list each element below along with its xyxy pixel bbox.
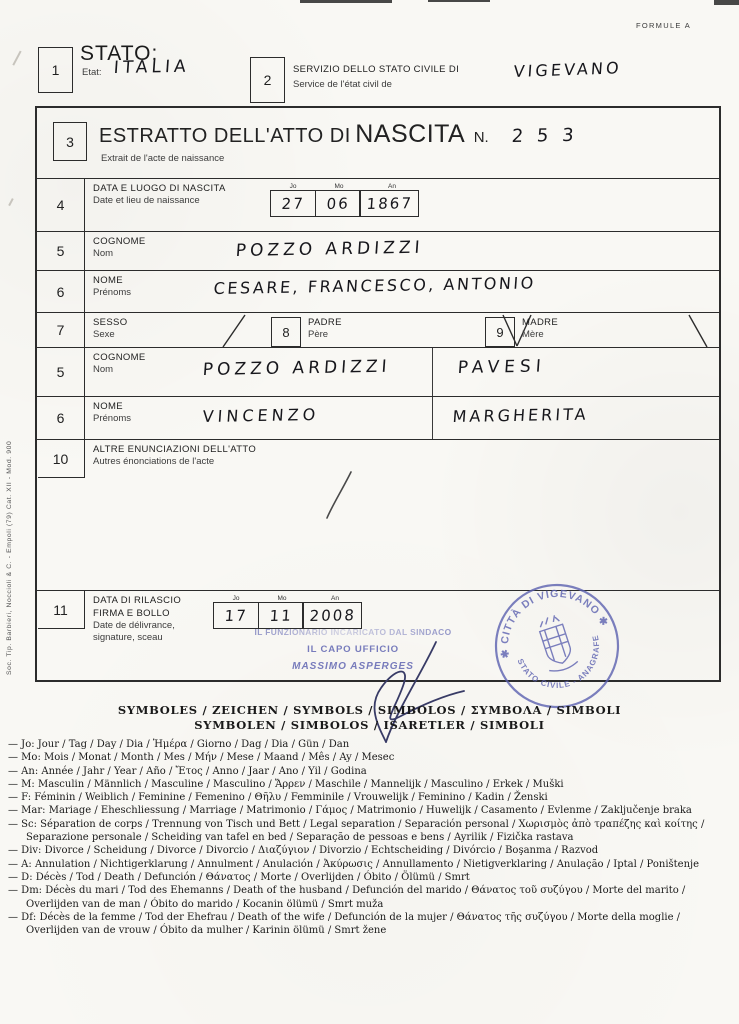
issue-year-value: 2008 xyxy=(309,606,357,625)
title-row: 3 ESTRATTO DELL'ATTO DI NASCITA N. 2 5 3… xyxy=(37,108,719,178)
birth-date-table: JoMoAn 27 06 1867 xyxy=(270,183,422,217)
pencil-mark xyxy=(8,198,13,206)
scan-artifact xyxy=(428,0,490,2)
birth-label-fr: Date et lieu de naissance xyxy=(93,195,226,206)
state-label-fr: Etat: xyxy=(82,67,102,78)
legend-item-f: — F: Féminin / Weiblich / Feminine / Fem… xyxy=(4,791,731,804)
document-title: ESTRATTO DELL'ATTO DI NASCITA N. 2 5 3 xyxy=(99,120,577,149)
birth-year-cell: 1867 xyxy=(359,190,419,217)
legend-header-2: SYMBOLEN / SIMBOLOS / ISARETLER / SIMBOL… xyxy=(4,718,735,732)
father-name-value: VINCENZO xyxy=(202,405,320,426)
seal-coat-of-arms xyxy=(533,613,578,674)
pencil-mark xyxy=(12,51,21,66)
state-value: ITALIA xyxy=(113,57,190,78)
legend-item-an: — An: Année / Jahr / Year / Año / Ἔτος /… xyxy=(4,765,731,778)
surname-row: 5 COGNOME Nom POZZO ARDIZZI xyxy=(37,231,719,270)
birth-date-row: 4 DATA E LUOGO DI NASCITA Date et lieu d… xyxy=(37,178,719,231)
legend-item-dm: — Dm: Décès du mari / Tod des Ehemanns /… xyxy=(4,884,731,911)
box2-number: 2 xyxy=(250,57,285,103)
col-label-an: An xyxy=(362,183,422,190)
col-label-jo: Jo xyxy=(213,595,259,602)
birth-day-cell: 27 xyxy=(270,190,316,217)
birth-label-it: DATA E LUOGO DI NASCITA xyxy=(93,183,226,194)
row11-numcol: 11 xyxy=(37,591,85,680)
legend-item-df: — Df: Décès de la femme / Tod der Ehefra… xyxy=(4,911,731,938)
legend-item-d: — D: Décès / Tod / Death / Defunción / Θ… xyxy=(4,871,731,884)
title-word: NASCITA xyxy=(355,120,465,148)
formule-label: FORMULE A xyxy=(636,21,691,30)
symbols-legend: SYMBOLES / ZEICHEN / SYMBOLS / SIMBOLOS … xyxy=(4,703,735,937)
box8-number: 8 xyxy=(271,317,301,347)
col-label-an: An xyxy=(305,595,365,602)
row7-number: 7 xyxy=(37,313,85,347)
mother-header: MADRE Mère xyxy=(522,317,558,340)
box3-number: 3 xyxy=(53,122,87,161)
legend-items: — Jo: Jour / Tag / Day / Dia / Ἡμέρα / G… xyxy=(4,738,735,937)
row6b-number: 6 xyxy=(37,397,85,439)
scan-artifact xyxy=(714,0,739,5)
legend-item-mo: — Mo: Mois / Monat / Month / Mes / Μήν /… xyxy=(4,751,731,764)
surname-label-it: COGNOME xyxy=(93,236,146,247)
scanned-birth-certificate: FORMULE A 1 STATO: Etat: ITALIA 2 SERVIZ… xyxy=(0,0,739,1024)
surname-label-fr: Nom xyxy=(93,248,146,259)
other-label-it: ALTRE ENUNCIAZIONI DELL'ATTO xyxy=(93,444,256,455)
issue-month-value: 11 xyxy=(269,606,293,624)
other-label-fr: Autres énonciations de l'acte xyxy=(93,456,256,467)
legend-item-sc: — Sc: Séparation de corps / Trennung von… xyxy=(4,818,731,845)
mother-name-value: MARGHERITA xyxy=(452,405,589,426)
issue-date-table: JoMoAn 17 11 2008 xyxy=(213,595,365,629)
parent-name-label-fr: Prénoms xyxy=(93,413,131,424)
row10-numcol: 10 xyxy=(37,440,85,590)
form-table: 3 ESTRATTO DELL'ATTO DI NASCITA N. 2 5 3… xyxy=(35,106,721,682)
surname-value: POZZO ARDIZZI xyxy=(235,238,424,261)
name-label-fr: Prénoms xyxy=(93,287,131,298)
row5-number: 5 xyxy=(37,232,85,270)
issue-label-fr-2: signature, sceau xyxy=(93,632,181,643)
stray-pen-mark xyxy=(323,468,357,522)
parent-name-label-it: NOME xyxy=(93,401,131,412)
parent-name-row: 6 NOME Prénoms VINCENZO MARGHERITA xyxy=(37,396,719,439)
row11-number: 11 xyxy=(38,591,85,629)
issue-month-cell: 11 xyxy=(258,602,304,629)
title-n-label: N. xyxy=(474,129,489,146)
service-value: VIGEVANO xyxy=(513,58,622,81)
mother-surname-value: PAVESI xyxy=(457,356,546,378)
father-label-fr: Père xyxy=(308,329,342,340)
other-statements-row: 10 ALTRE ENUNCIAZIONI DELL'ATTO Autres é… xyxy=(37,439,719,590)
service-label-it: SERVIZIO DELLO STATO CIVILE DI xyxy=(293,64,459,75)
legend-item-div: — Div: Divorce / Scheidung / Divorce / D… xyxy=(4,844,731,857)
service-label-fr: Service de l'état civil de xyxy=(293,79,392,90)
col-label-mo: Mo xyxy=(316,183,362,190)
name-label-it: NOME xyxy=(93,275,131,286)
divider-diagonals xyxy=(85,313,721,348)
printer-note: Soc. Tip. Barbieri, Noccioli & C. - Empo… xyxy=(6,295,13,675)
issue-label-it-1: DATA DI RILASCIO xyxy=(93,595,181,606)
col-label-mo: Mo xyxy=(259,595,305,602)
parent-surname-row: 5 COGNOME Nom POZZO ARDIZZI PAVESI xyxy=(37,347,719,396)
issue-label-fr-1: Date de délivrance, xyxy=(93,620,181,631)
father-header: PADRE Père xyxy=(308,317,342,340)
birth-day-value: 27 xyxy=(281,194,305,212)
issue-year-cell: 2008 xyxy=(302,602,362,629)
col-label-jo: Jo xyxy=(270,183,316,190)
legend-item-a: — A: Annulation / Nichtigerklarung / Ann… xyxy=(4,858,731,871)
row6-number: 6 xyxy=(37,271,85,312)
title-prefix: ESTRATTO DELL'ATTO DI xyxy=(99,125,351,147)
issue-label-it-2: FIRMA E BOLLO xyxy=(93,608,181,619)
birth-year-value: 1867 xyxy=(366,194,414,213)
row5b-number: 5 xyxy=(37,348,85,396)
title-subtitle: Extrait de l'acte de naissance xyxy=(101,153,224,164)
name-row: 6 NOME Prénoms CESARE, FRANCESCO, ANTONI… xyxy=(37,270,719,312)
parent-surname-label-it: COGNOME xyxy=(93,352,146,363)
issue-day-value: 17 xyxy=(224,606,248,624)
box1-number: 1 xyxy=(38,47,73,93)
act-number: 2 5 3 xyxy=(511,125,578,147)
legend-item-m: — M: Masculin / Männlich / Masculine / M… xyxy=(4,778,731,791)
row4-number: 4 xyxy=(37,179,85,231)
name-value: CESARE, FRANCESCO, ANTONIO xyxy=(213,273,536,298)
issue-day-cell: 17 xyxy=(213,602,259,629)
father-mother-divider xyxy=(432,397,433,439)
row10-number: 10 xyxy=(38,440,85,478)
legend-item-mar: — Mar: Mariage / Eheschliessung / Marria… xyxy=(4,804,731,817)
mother-label-it: MADRE xyxy=(522,317,558,328)
parent-surname-label-fr: Nom xyxy=(93,364,146,375)
mother-label-fr: Mère xyxy=(522,329,558,340)
birth-month-value: 06 xyxy=(326,194,350,212)
birth-month-cell: 06 xyxy=(315,190,361,217)
father-surname-value: POZZO ARDIZZI xyxy=(202,357,391,380)
father-label-it: PADRE xyxy=(308,317,342,328)
father-mother-divider xyxy=(432,348,433,396)
legend-header-1: SYMBOLES / ZEICHEN / SYMBOLS / SIMBOLOS … xyxy=(4,703,735,717)
sex-parents-row: 7 SESSO Sexe 8 PADRE Père 9 xyxy=(37,312,719,347)
box9-number: 9 xyxy=(485,317,515,347)
legend-item-jo: — Jo: Jour / Tag / Day / Dia / Ἡμέρα / G… xyxy=(4,738,731,751)
scan-artifact xyxy=(300,0,392,3)
